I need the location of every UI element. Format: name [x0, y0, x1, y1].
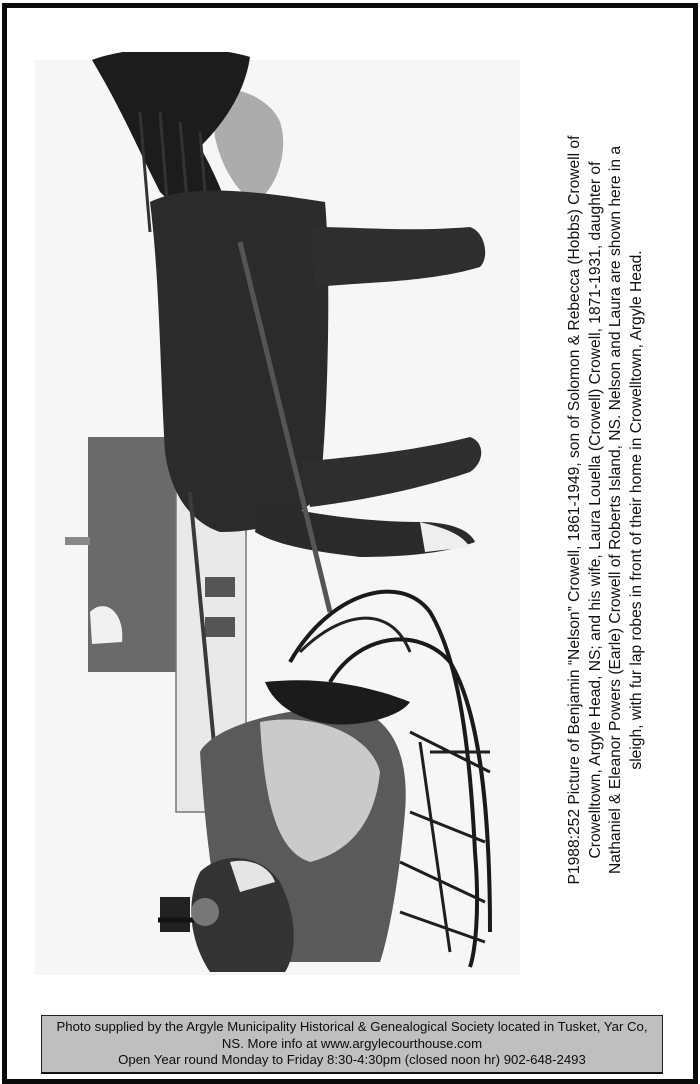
photo-caption: P1988:252 Picture of Benjamin “Nelson” C… — [565, 45, 647, 975]
caption-line: sleigh, with fur lap robes in front of t… — [627, 45, 648, 975]
caption-line: Nathaniel & Eleanor Powers (Earle) Crowe… — [606, 45, 627, 975]
caption-container: P1988:252 Picture of Benjamin “Nelson” C… — [542, 40, 670, 980]
attribution-footer: Photo supplied by the Argyle Municipalit… — [41, 1015, 663, 1074]
footer-credit-line: Photo supplied by the Argyle Municipalit… — [42, 1019, 662, 1036]
horse-sleigh-photo-illustration — [30, 52, 525, 980]
historical-photo — [30, 52, 525, 980]
footer-website-line: NS. More info at www.argylecourthouse.co… — [42, 1036, 662, 1053]
caption-line: P1988:252 Picture of Benjamin “Nelson” C… — [565, 45, 586, 975]
footer-hours-line: Open Year round Monday to Friday 8:30-4:… — [42, 1052, 662, 1069]
caption-line: Crowelltown, Argyle Head, NS; and his wi… — [586, 45, 607, 975]
